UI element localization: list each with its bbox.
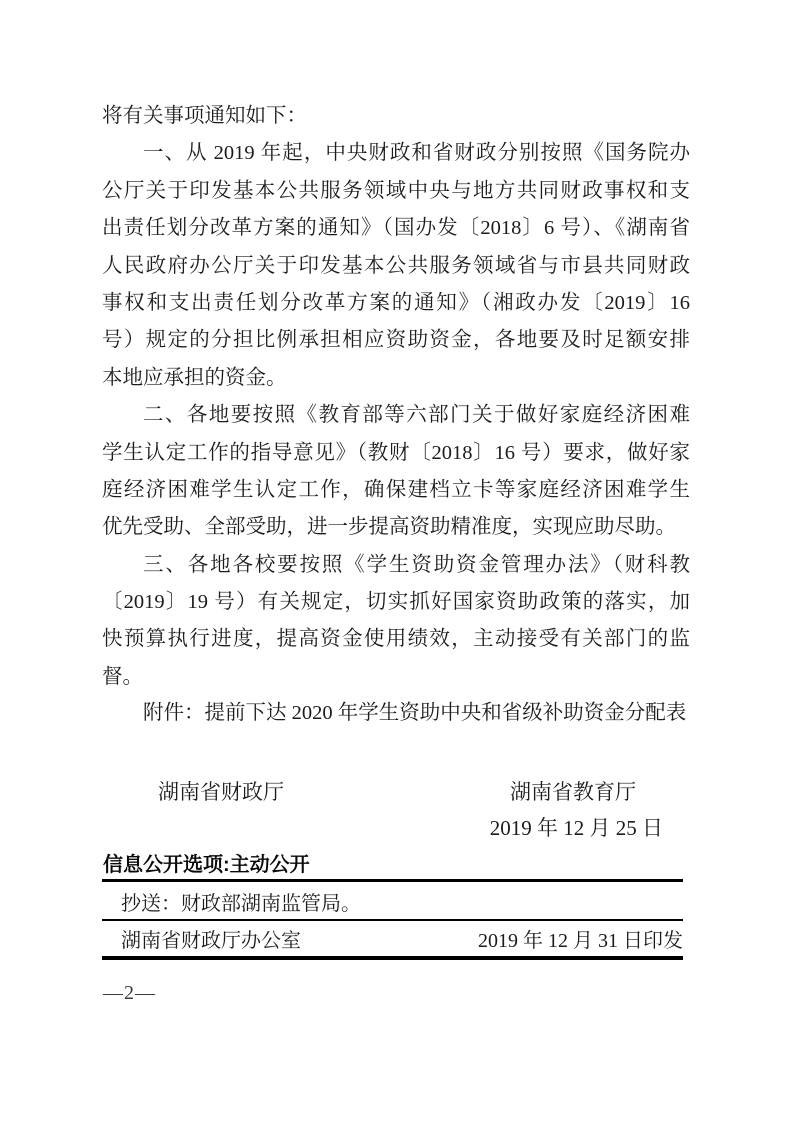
- paragraph: 二、各地要按照《教育部等六部门关于做好家庭经济困难学生认定工作的指导意见》（教财…: [102, 397, 690, 547]
- body-line: 快预算执行进度，提高资金使用绩效，主动接受有关部门的监督。: [102, 621, 690, 658]
- body-line: 一、从 2019 年起，中央财政和省财政分别按照《国务院办: [102, 135, 690, 172]
- body-line: 庭经济困难学生认定工作，确保建档立卡等家庭经济困难学生: [102, 472, 690, 509]
- issuer-row: 湖南省财政厅办公室 2019 年 12 月 31 日印发: [102, 929, 683, 954]
- body-line: 号）规定的分担比例承担相应资助资金，各地要及时足额安排: [102, 322, 690, 359]
- document-page: 将有关事项通知如下： 一、从 2019 年起，中央财政和省财政分别按照《国务院办…: [0, 0, 793, 1122]
- signature-left-org: 湖南省财政厅: [158, 779, 284, 805]
- divider-rule-top: [102, 879, 683, 882]
- document-body: 将有关事项通知如下： 一、从 2019 年起，中央财政和省财政分别按照《国务院办…: [102, 98, 690, 659]
- body-line: 公厅关于印发基本公共服务领域中央与地方共同财政事权和支: [102, 173, 690, 210]
- body-line: 人民政府办公厅关于印发基本公共服务领域省与市县共同财政: [102, 248, 690, 285]
- disclosure-label: 信息公开选项:主动公开: [103, 853, 310, 877]
- body-paragraphs: 一、从 2019 年起，中央财政和省财政分别按照《国务院办公厅关于印发基本公共服…: [102, 135, 690, 658]
- body-line: 事权和支出责任划分改革方案的通知》（湘政办发〔2019〕16: [102, 285, 690, 322]
- page-number: —2—: [103, 981, 156, 1005]
- cc-line: 抄送：财政部湖南监管局。: [121, 892, 361, 917]
- paragraph: 三、各地各校要按照《学生资助资金管理办法》（财科教〔2019〕19 号）有关规定…: [102, 547, 690, 659]
- divider-rule-middle: [102, 919, 683, 921]
- body-line: 本地应承担的资金。: [102, 360, 690, 397]
- body-line: 二、各地要按照《教育部等六部门关于做好家庭经济困难: [102, 397, 690, 434]
- attachment-line: 附件：提前下达 2020 年学生资助中央和省级补助资金分配表: [102, 695, 722, 732]
- body-line: 优先受助、全部受助，进一步提高资助精准度，实现应助尽助。: [102, 509, 690, 546]
- signature-date: 2019 年 12 月 25 日: [490, 815, 663, 841]
- body-line: 出责任划分改革方案的通知》（国办发〔2018〕6 号）、《湖南省: [102, 210, 690, 247]
- signature-right-org: 湖南省教育厅: [510, 779, 636, 805]
- body-intro-line: 将有关事项通知如下：: [102, 98, 690, 135]
- body-line: 〔2019〕19 号）有关规定，切实抓好国家资助政策的落实，加: [102, 584, 690, 621]
- divider-rule-bottom: [102, 956, 683, 960]
- issuer-office: 湖南省财政厅办公室: [121, 929, 301, 954]
- body-line: 学生认定工作的指导意见》（教财〔2018〕16 号）要求，做好家: [102, 435, 690, 472]
- paragraph: 一、从 2019 年起，中央财政和省财政分别按照《国务院办公厅关于印发基本公共服…: [102, 135, 690, 397]
- body-line: 三、各地各校要按照《学生资助资金管理办法》（财科教: [102, 547, 690, 584]
- print-date: 2019 年 12 月 31 日印发: [478, 929, 683, 954]
